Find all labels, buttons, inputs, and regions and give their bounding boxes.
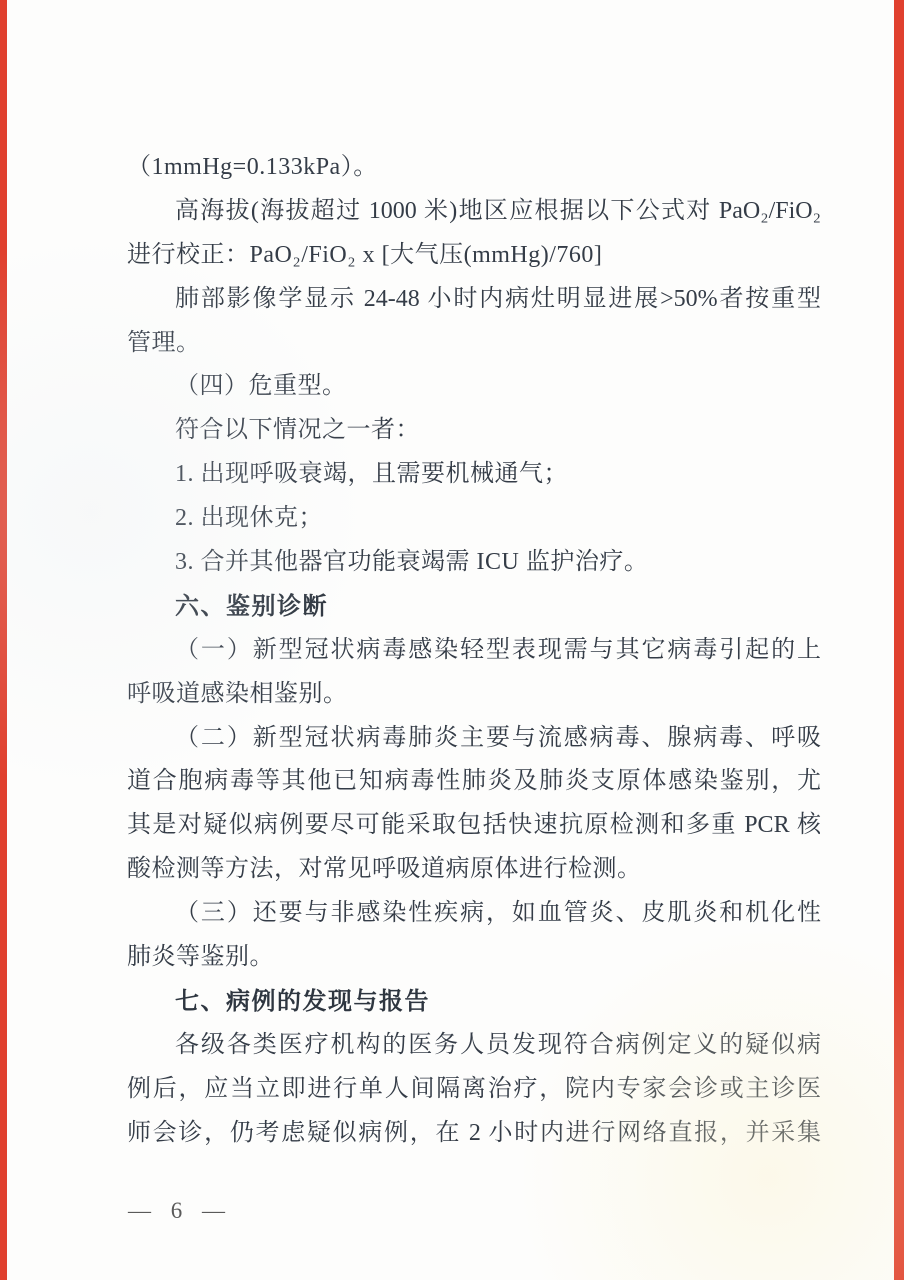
- text-line: （1mmHg=0.133kPa）。: [127, 146, 821, 190]
- text-line: （一）新型冠状病毒感染轻型表现需与其它病毒引起的上: [127, 629, 821, 673]
- section-heading-differential-diagnosis: 六、鉴别诊断: [127, 585, 821, 629]
- right-red-margin-bar: [894, 0, 904, 1280]
- text-line: 符合以下情况之一者：: [127, 409, 821, 453]
- text-line: 肺部影像学显示 24-48 小时内病灶明显进展>50%者按重型: [127, 278, 821, 322]
- list-item-line: 3. 合并其他器官功能衰竭需 ICU 监护治疗。: [127, 541, 821, 585]
- left-red-margin-bar: [0, 0, 7, 1280]
- text-line: 例后，应当立即进行单人间隔离治疗，院内专家会诊或主诊医: [127, 1068, 821, 1112]
- text-line: （二）新型冠状病毒肺炎主要与流感病毒、腺病毒、呼吸: [127, 717, 821, 761]
- list-item-line: 2. 出现休克；: [127, 497, 821, 541]
- text-line: 各级各类医疗机构的医务人员发现符合病例定义的疑似病: [127, 1024, 821, 1068]
- document-body: （1mmHg=0.133kPa）。 高海拔(海拔超过 1000 米)地区应根据以…: [127, 146, 821, 1155]
- text-line: 其是对疑似病例要尽可能采取包括快速抗原检测和多重 PCR 核: [127, 804, 821, 848]
- text-line: 呼吸道感染相鉴别。: [127, 673, 821, 717]
- text-line: 进行校正：PaO₂/FiO₂ x [大气压(mmHg)/760]: [127, 234, 821, 278]
- text-line: （三）还要与非感染性疾病，如血管炎、皮肌炎和机化性: [127, 892, 821, 936]
- section-heading-case-discovery-report: 七、病例的发现与报告: [127, 980, 821, 1024]
- text-line: 管理。: [127, 322, 821, 366]
- text-line: 高海拔(海拔超过 1000 米)地区应根据以下公式对 PaO₂/FiO₂: [127, 190, 821, 234]
- text-line: （四）危重型。: [127, 365, 821, 409]
- text-line: 道合胞病毒等其他已知病毒性肺炎及肺炎支原体感染鉴别，尤: [127, 760, 821, 804]
- document-page: （1mmHg=0.133kPa）。 高海拔(海拔超过 1000 米)地区应根据以…: [0, 0, 904, 1280]
- list-item-line: 1. 出现呼吸衰竭，且需要机械通气；: [127, 453, 821, 497]
- page-number: — 6 —: [128, 1198, 227, 1224]
- text-line: 肺炎等鉴别。: [127, 936, 821, 980]
- text-line: 师会诊，仍考虑疑似病例，在 2 小时内进行网络直报，并采集: [127, 1112, 821, 1156]
- text-line: 酸检测等方法，对常见呼吸道病原体进行检测。: [127, 848, 821, 892]
